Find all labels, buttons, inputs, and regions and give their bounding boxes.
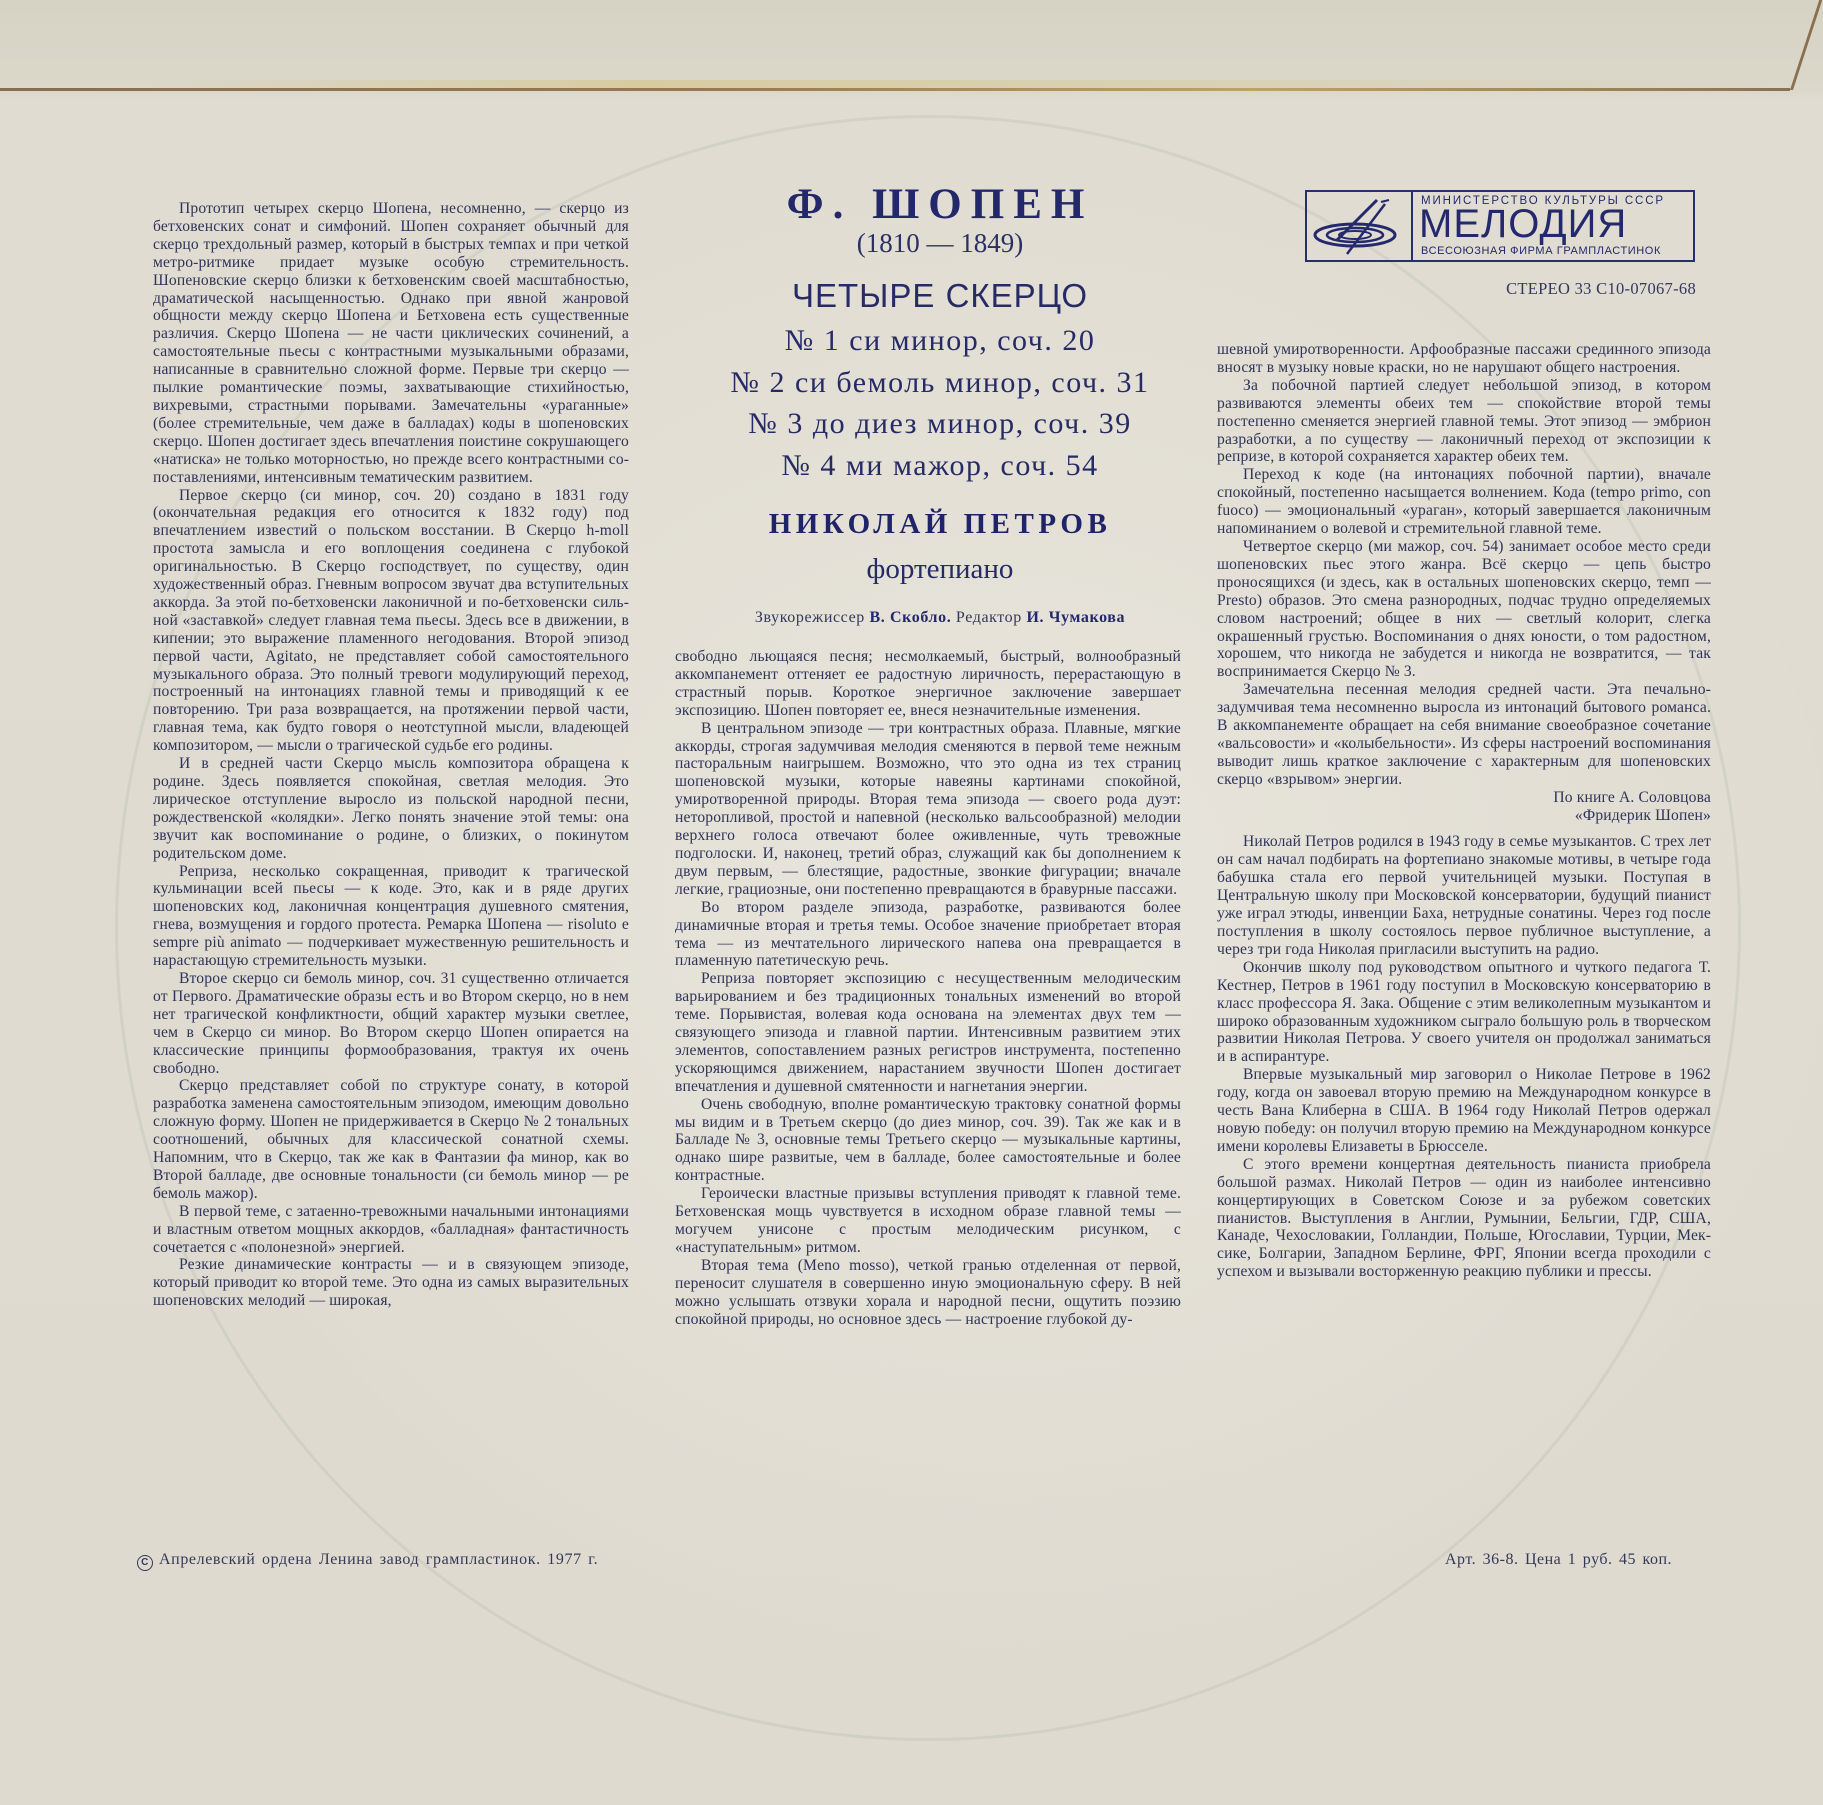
logo-company-line: ВСЕСОЮЗНАЯ ФИРМА ГРАМПЛАСТИНОК [1421, 245, 1661, 257]
paragraph: И в средней части Скерцо мысль композито… [153, 755, 629, 862]
paragraph: Второе скерцо си бемоль минор, соч. 31 с… [153, 970, 629, 1077]
paragraph: шевной умиротворенности. Арфообразные па… [1217, 341, 1711, 377]
paragraph: Героически властные призывы вступления п… [675, 1185, 1181, 1257]
copyright-text: Апрелевский ордена Ленина завод грамплас… [159, 1551, 598, 1568]
copyright-icon: C [137, 1555, 153, 1571]
composer-name: Ф. ШОПЕН [660, 180, 1220, 230]
production-credits: Звукорежиссер В. Скобло. Редактор И. Чум… [660, 608, 1220, 628]
bio-paragraph: Окончив школу под руководством опытного … [1217, 959, 1711, 1066]
editor-name: И. Чумакова [1027, 609, 1126, 626]
editor-label: Редактор [956, 609, 1022, 626]
engineer-label: Звукорежиссер [755, 609, 865, 626]
work-item: № 4 ми мажор, соч. 54 [660, 445, 1220, 487]
paragraph: Резкие динамические контрасты — и в связ… [153, 1256, 629, 1310]
paragraph: В первой теме, с затаенно-тревожными нач… [153, 1203, 629, 1257]
paragraph: Реприза повторяет экспозицию с несуществ… [675, 970, 1181, 1095]
work-item: № 1 си минор, соч. 20 [660, 320, 1220, 362]
essay-column-middle: свободно льющаяся песня; несмолкаемый, б… [675, 648, 1181, 1328]
catalog-number: СТЕРЕО 33 С10-07067-68 [1470, 279, 1696, 299]
paragraph: Очень свободную, вполне романтическую тр… [675, 1096, 1181, 1186]
work-item: № 2 си бемоль минор, соч. 31 [660, 362, 1220, 404]
works-list: № 1 си минор, соч. 20 № 2 си бемоль мино… [660, 320, 1220, 486]
paragraph: Четвертое скерцо (ми мажор, соч. 54) зан… [1217, 538, 1711, 681]
work-item: № 3 до диез минор, соч. 39 [660, 403, 1220, 445]
paragraph: Реприза, несколько сокращенная, приводит… [153, 863, 629, 970]
paragraph: За побочной партией следует небольшой эп… [1217, 377, 1711, 467]
paragraph: Вторая тема (Meno mosso), четкой гранью … [675, 1257, 1181, 1329]
logo-wordmark: МИНИСТЕРСТВО КУЛЬТУРЫ СССР МЕЛОДИЯ ВСЕСО… [1413, 192, 1693, 260]
bio-paragraph: Впервые музыкальный мир заговорил о Нико… [1217, 1066, 1711, 1156]
paragraph: Скерцо представляет собой по структуре с… [153, 1077, 629, 1202]
source-attribution-title: «Фридерик Шопен» [1217, 807, 1711, 825]
paragraph: свободно льющаяся песня; несмолкаемый, б… [675, 648, 1181, 720]
bio-paragraph: С этого времени концертная деятельность … [1217, 1156, 1711, 1281]
album-title: ЧЕТЫРЕ СКЕРЦО [660, 276, 1220, 316]
melodiya-logo: МИНИСТЕРСТВО КУЛЬТУРЫ СССР МЕЛОДИЯ ВСЕСО… [1305, 190, 1695, 262]
logo-brand: МЕЛОДИЯ [1419, 202, 1627, 246]
paragraph: Переход к коде (на интонациях побочной п… [1217, 466, 1711, 538]
paragraph: Замечательна песенная мелодия средней ча… [1217, 681, 1711, 788]
melodiya-logo-icon [1307, 192, 1413, 260]
performer-name: НИКОЛАЙ ПЕТРОВ [660, 506, 1220, 542]
bio-paragraph: Николай Петров родился в 1943 году в сем… [1217, 833, 1711, 958]
composer-years: (1810 — 1849) [660, 228, 1220, 258]
engineer-name: В. Скобло. [870, 609, 952, 626]
paragraph: Во втором разделе эпизода, разработке, р… [675, 899, 1181, 971]
paragraph: В центральном эпизоде — три контрастных … [675, 720, 1181, 899]
paragraph: Первое скерцо (си минор, соч. 20) создан… [153, 487, 629, 756]
essay-column-left: Прототип четырех скерцо Шопена, несомнен… [153, 200, 629, 1310]
price-info: Арт. 36-8. Цена 1 руб. 45 коп. [1445, 1551, 1672, 1569]
album-header: Ф. ШОПЕН (1810 — 1849) ЧЕТЫРЕ СКЕРЦО № 1… [660, 180, 1220, 628]
essay-column-right: шевной умиротворенности. Арфообразные па… [1217, 341, 1711, 1281]
source-attribution-author: По книге А. Соловцова [1217, 789, 1711, 807]
paragraph: Прототип четырех скерцо Шопена, несомнен… [153, 200, 629, 487]
sleeve-fold-edge [0, 88, 1790, 91]
instrument: фортепиано [660, 552, 1220, 586]
manufacturer-copyright: CАпрелевский ордена Ленина завод грампла… [137, 1551, 598, 1571]
